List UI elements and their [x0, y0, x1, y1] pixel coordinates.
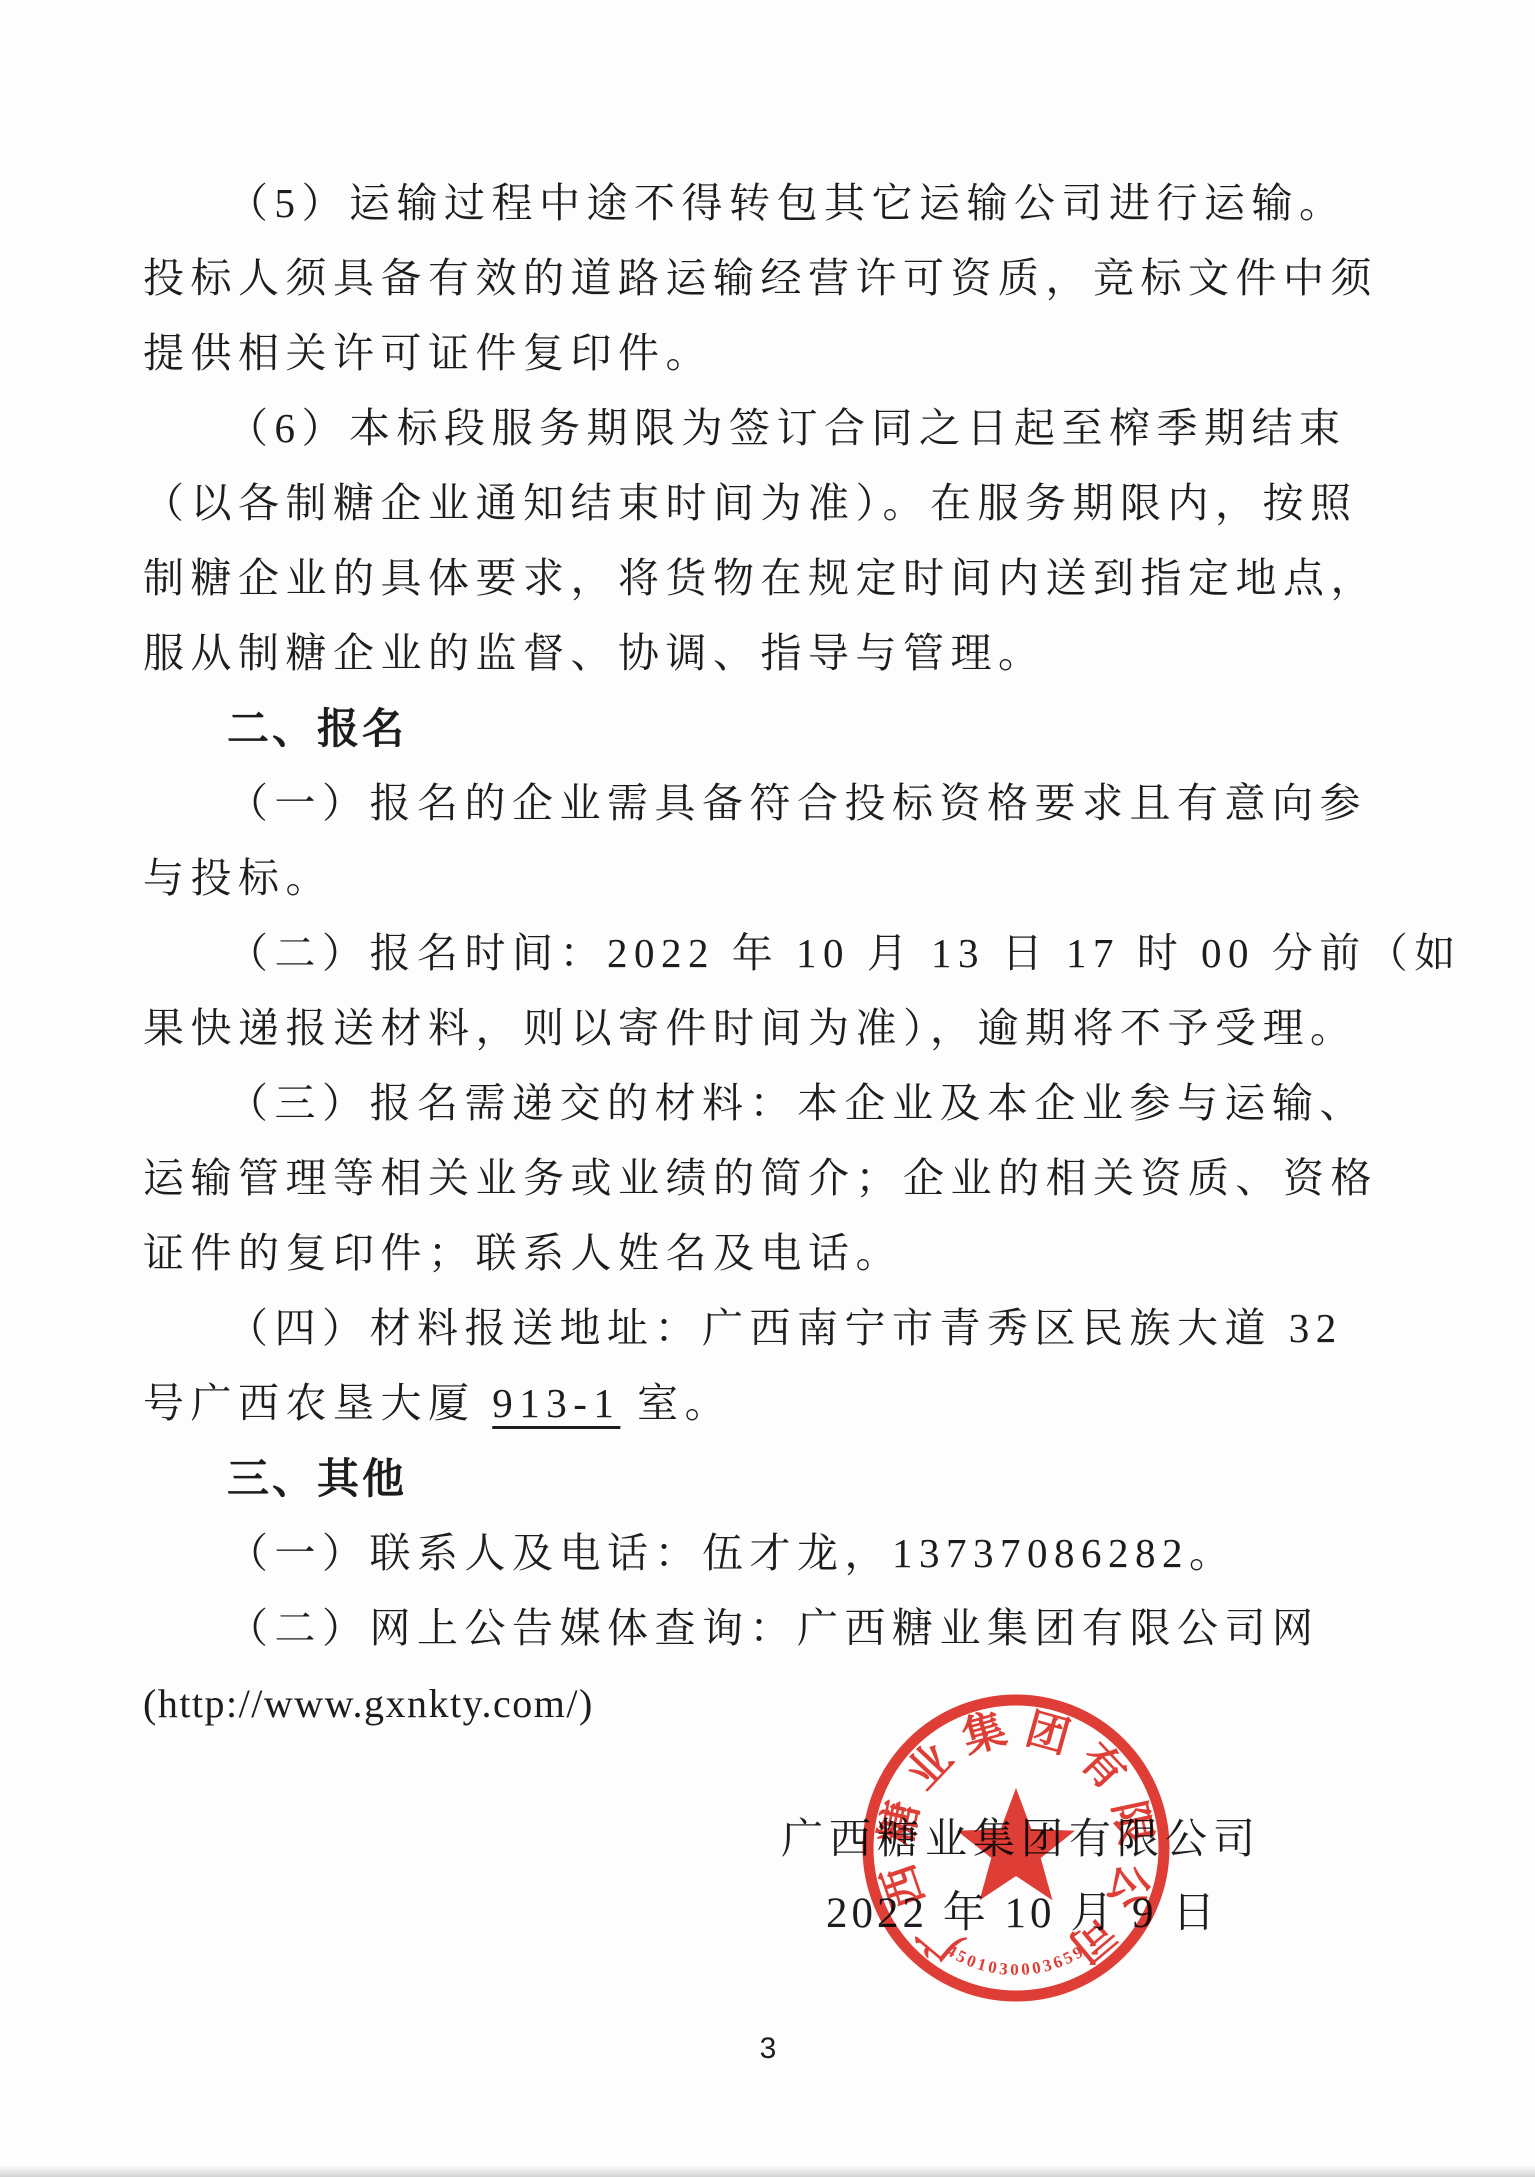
- seal-ring-char: 团: [1021, 1706, 1075, 1763]
- text-line: （四）材料报送地址：广西南宁市青秀区民族大道 32: [143, 1291, 1398, 1366]
- text-line: 果快递报送材料，则以寄件时间为准），逾期将不予受理。: [143, 991, 1398, 1066]
- text-line: (http://www.gxnkty.com/): [143, 1666, 1398, 1741]
- company-seal-graphic: 广西糖业集团有限公司 4501030003659: [856, 1688, 1176, 2008]
- seal-code: 4501030003659: [943, 1941, 1089, 1979]
- underlined-room-number: 913-1: [492, 1380, 620, 1426]
- text-line: 证件的复印件；联系人姓名及电话。: [143, 1216, 1398, 1291]
- seal-ring-char: 糖: [872, 1797, 928, 1849]
- text-line: 提供相关许可证件复印件。: [143, 316, 1398, 391]
- scan-edge: [0, 2165, 1535, 2177]
- document-body: （5）运输过程中途不得转包其它运输公司进行运输。投标人须具备有效的道路运输经营许…: [143, 166, 1398, 1741]
- text-line: 运输管理等相关业务或业绩的简介；企业的相关资质、资格: [143, 1141, 1398, 1216]
- section-heading: 三、其他: [143, 1441, 1398, 1516]
- text-line: （一）联系人及电话：伍才龙，13737086282。: [143, 1516, 1398, 1591]
- seal-ring-char: 限: [1104, 1797, 1159, 1849]
- page-number: 3: [143, 2032, 1393, 2066]
- text-line: 投标人须具备有效的道路运输经营许可资质，竞标文件中须: [143, 241, 1398, 316]
- seal-star-icon: [957, 1788, 1075, 1900]
- text-line: （以各制糖企业通知结束时间为准）。在服务期限内，按照: [143, 466, 1398, 541]
- section-heading: 二、报名: [143, 691, 1398, 766]
- text-line: （三）报名需递交的材料：本企业及本企业参与运输、: [143, 1066, 1398, 1141]
- text-line: 与投标。: [143, 841, 1398, 916]
- document-page: （5）运输过程中途不得转包其它运输公司进行运输。投标人须具备有效的道路运输经营许…: [0, 0, 1535, 2177]
- text-line: 制糖企业的具体要求，将货物在规定时间内送到指定地点，: [143, 541, 1398, 616]
- text-line: （6）本标段服务期限为签订合同之日起至榨季期结束: [143, 391, 1398, 466]
- text-line: 号广西农垦大厦 913-1 室。: [143, 1366, 1398, 1441]
- company-seal: 广西糖业集团有限公司 4501030003659: [856, 1688, 1176, 2008]
- text-line: （二）网上公告媒体查询：广西糖业集团有限公司网: [143, 1591, 1398, 1666]
- text-line: （一）报名的企业需具备符合投标资格要求且有意向参: [143, 766, 1398, 841]
- text-line: （二）报名时间：2022 年 10 月 13 日 17 时 00 分前（如: [143, 916, 1398, 991]
- text-line: 服从制糖企业的监督、协调、指导与管理。: [143, 616, 1398, 691]
- text-line: （5）运输过程中途不得转包其它运输公司进行运输。: [143, 166, 1398, 241]
